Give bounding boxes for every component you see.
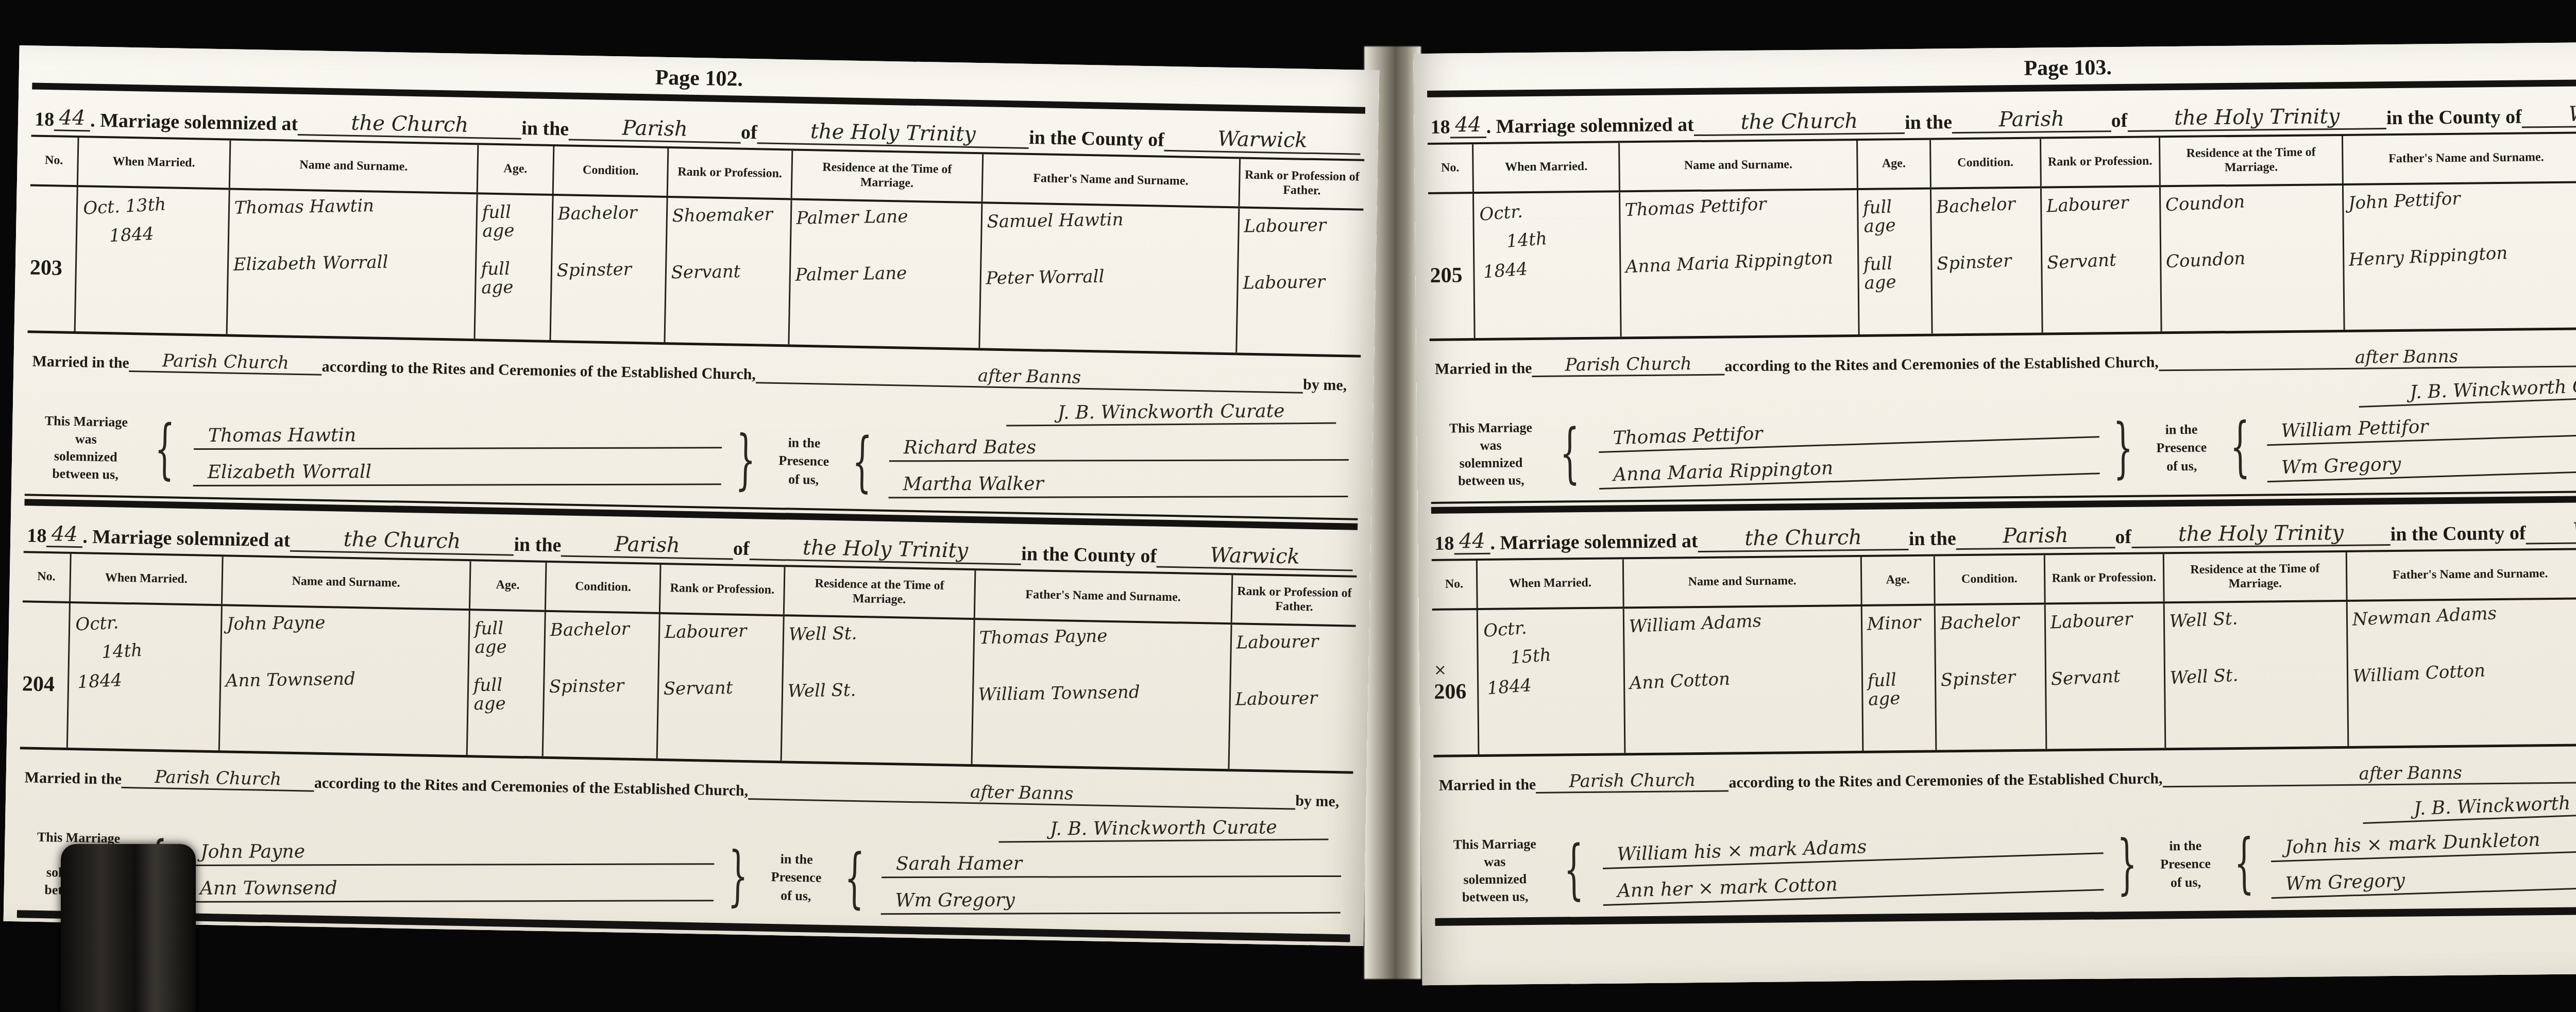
record-number-cell: 205 [1428, 194, 1476, 339]
presence-label-line: in the [766, 433, 843, 453]
presence-left-brace: } [2113, 420, 2133, 476]
name-cell: William Adams Ann Cotton [1624, 606, 1864, 753]
bride-signature: Ann Townsend [185, 876, 714, 903]
when-married-line1: Octr. [1479, 194, 1615, 226]
bride-signature: Anna Maria Rippington [1599, 449, 2100, 490]
witness-signatures: William Pettifor Wm Gregory [2259, 404, 2576, 485]
groom-residence: Palmer Lane [796, 207, 975, 266]
witness-signatures: Sarah Hamer Wm Gregory [873, 840, 1343, 926]
bride-age: full age [1863, 254, 1926, 313]
record-number: 204 [22, 671, 63, 697]
left-brace: { [1560, 426, 1580, 481]
residence-cell: Well St. Well St. [2164, 602, 2349, 748]
groom-name: Thomas Hawtin [234, 195, 471, 256]
witness-signature-2: Wm Gregory [881, 888, 1341, 914]
residence-cell: Well St. Well St. [782, 616, 975, 764]
residence-cell: Coundon Coundon [2161, 185, 2345, 331]
age-cell: full age full age [467, 611, 546, 756]
page-clamp [61, 844, 196, 1012]
solemnized-label-line: was [1435, 853, 1554, 871]
groom-age: full age [474, 619, 539, 677]
column-header-no: No. [1432, 561, 1478, 609]
rank-cell: Labourer Servant [2045, 603, 2166, 749]
year-printed: 18 [1431, 116, 1450, 139]
record-row: 205 Octr. 14th 1844 Thomas Pettifor Anna… [1428, 182, 2576, 339]
father-rank-cell: Labourer Labourer [1237, 208, 1364, 355]
bride-father-rank: Labourer [1235, 689, 1349, 748]
age-cell: Minor full age [1862, 606, 1937, 751]
column-header-condition: Condition. [1931, 139, 2042, 188]
bride-rank: Servant [2046, 249, 2156, 311]
year-handwritten: 44 [54, 106, 91, 131]
bride-residence: Well St. [787, 680, 967, 739]
solemnized-label-line: solemnized [1436, 870, 1554, 889]
column-header-no: No. [1428, 144, 1474, 192]
groom-father-rank: Labourer [1236, 632, 1350, 691]
bride-rank: Servant [671, 262, 784, 321]
head-of-label: of [740, 121, 757, 144]
bride-condition: Spinster [549, 677, 653, 735]
record-row: 203 Oct. 13th 1844 Thomas Hawtin Elizabe… [28, 186, 1364, 355]
groom-signature: John Payne [187, 840, 715, 866]
presence-label-line: in the [2143, 420, 2220, 440]
column-header-age: Age. [1858, 140, 1931, 188]
witness-signature-1: John his × mark Dunkleton [2270, 824, 2576, 862]
record-margin-mark [30, 237, 71, 256]
groom-age: full age [482, 203, 547, 260]
by-me-label: by me, [1303, 376, 1347, 395]
left-brace: { [1564, 842, 1584, 898]
presence-label-line: Presence [765, 451, 843, 471]
column-header-residence: Residence at the Time of Marriage. [2160, 136, 2344, 185]
groom-father-name: Samuel Hawtin [987, 209, 1233, 270]
age-cell: full age full age [1858, 190, 1933, 334]
bride-condition: Spinster [1936, 251, 2037, 312]
groom-father-name: Newman Adams [2352, 601, 2576, 668]
record-number-cell: × 206 [1432, 610, 1480, 755]
column-header-no: No. [30, 137, 79, 185]
column-header-rank: Rank or Profession. [668, 148, 793, 198]
column-header-rank: Rank or Profession. [2041, 138, 2161, 186]
bride-father-name: Peter Worrall [986, 266, 1232, 327]
father-name-cell: Thomas Payne William Townsend [972, 620, 1232, 769]
church-handwritten: the Church [1698, 525, 1909, 552]
record-margin-mark [23, 653, 63, 672]
column-header-condition: Condition. [1935, 555, 2046, 604]
married-place-handwritten: Parish Church [122, 766, 315, 792]
banns-handwritten: after Banns [2162, 761, 2576, 787]
column-header-father: Father's Name and Surname. [982, 154, 1241, 206]
solemnized-label: This Marriage was solemnized between us, [1435, 835, 1554, 906]
column-header-residence: Residence at the Time of Marriage. [785, 567, 976, 618]
presence-label-line: Presence [757, 868, 835, 887]
married-in-label: Married in the [24, 769, 122, 788]
married-in-label: Married in the [32, 353, 129, 372]
groom-rank: Labourer [2046, 193, 2156, 254]
when-married-line2: 15th [1483, 639, 1619, 670]
groom-rank: Labourer [665, 622, 777, 681]
year-printed: 18 [1434, 532, 1454, 555]
witness-signature-2: Wm Gregory [2270, 861, 2576, 899]
record-number: 206 [1434, 679, 1472, 704]
groom-residence: Coundon [2165, 189, 2338, 253]
bride-residence: Palmer Lane [795, 263, 974, 323]
groom-signature: Thomas Hawtin [194, 424, 722, 450]
record-number-cell: 204 [20, 602, 71, 748]
record-margin-mark [1430, 244, 1468, 263]
head-of-label: of [733, 537, 750, 561]
bride-name: Ann Cotton [1629, 665, 1858, 731]
column-header-when-married: When Married. [1478, 559, 1624, 608]
name-cell: Thomas Pettifor Anna Maria Rippington [1620, 190, 1860, 336]
parish-handwritten: Parish [561, 531, 734, 560]
rank-cell: Labourer Servant [2042, 187, 2162, 332]
groom-signature: William his × mark Adams [1602, 829, 2104, 869]
parish-handwritten: Parish [569, 115, 741, 144]
witness-signature-2: Wm Gregory [2266, 444, 2576, 482]
solemnized-label-line: between us, [1432, 471, 1550, 490]
column-header-father-rank: Rank or Profession of Father. [1240, 159, 1364, 208]
couple-signatures: William his × mark Adams Ann her × mark … [1593, 826, 2108, 908]
married-in-label: Married in the [1435, 360, 1532, 378]
bride-condition: Spinster [556, 260, 660, 318]
solemnized-label-line: solemnized [26, 447, 145, 466]
banns-handwritten: after Banns [2158, 344, 2576, 371]
father-name-cell: Samuel Hawtin Peter Worrall [980, 204, 1240, 352]
record-row: × 206 Octr. 15th 1844 William Adams Ann … [1432, 598, 2576, 755]
head-solemnized-label: . Marriage solemnized at [1490, 530, 1698, 554]
witness-signatures: John his × mark Dunkleton Wm Gregory [2263, 820, 2576, 902]
column-header-no: No. [23, 553, 72, 601]
bride-name: Ann Townsend [225, 668, 462, 729]
when-married-cell: Octr. 14th 1844 [1474, 192, 1621, 338]
parish-name-handwritten: the Holy Trinity [2127, 104, 2386, 132]
groom-condition: Bachelor [1940, 611, 2040, 671]
witness-signatures: Richard Bates Martha Walker [881, 424, 1351, 510]
year-printed: 18 [35, 108, 55, 131]
condition-cell: Bachelor Spinster [1931, 189, 2043, 334]
signatures-block: This Marriage was solemnized between us,… [1430, 400, 2576, 502]
by-me-label: by me, [1295, 792, 1340, 811]
solemnized-label: This Marriage was solemnized between us, [1431, 419, 1550, 490]
column-header-rank: Rank or Profession. [2045, 554, 2164, 602]
record-number: 203 [29, 255, 70, 280]
year-handwritten: 44 [46, 522, 83, 548]
head-solemnized-label: . Marriage solemnized at [82, 525, 291, 551]
condition-cell: Bachelor Spinster [544, 612, 660, 758]
banns-handwritten: after Banns [748, 778, 1296, 809]
officiant-signature: J. B. Winckworth Curate [998, 816, 1328, 842]
column-header-residence: Residence at the Time of Marriage. [2164, 552, 2347, 601]
groom-condition: Bachelor [1936, 194, 2036, 255]
witness-signature-2: Martha Walker [889, 473, 1348, 498]
presence-label-line: of us, [765, 469, 842, 489]
presence-left-brace: } [735, 432, 756, 488]
head-county-label: in the County of [2386, 106, 2522, 130]
bride-age: full age [473, 676, 538, 733]
bride-rank: Servant [664, 678, 776, 737]
when-married-line3: 1844 [74, 665, 215, 693]
column-header-residence: Residence at the Time of Marriage. [792, 151, 983, 202]
groom-age: full age [1862, 197, 1926, 256]
father-name-cell: Newman Adams William Cotton [2348, 599, 2576, 746]
bride-father-name: Henry Rippington [2348, 241, 2576, 308]
column-header-age: Age. [470, 561, 547, 610]
head-county-label: in the County of [1029, 126, 1165, 151]
head-county-label: in the County of [2391, 522, 2526, 546]
groom-residence: Well St. [788, 623, 968, 683]
county-handwritten: Warwick [2522, 101, 2576, 128]
solemnized-label-line: solemnized [1432, 454, 1550, 473]
when-married-cell: Octr. 15th 1844 [1478, 609, 1625, 754]
right-page-sections: 18 44 . Marriage solemnized at the Churc… [1414, 78, 2576, 926]
rites-label: according to the Rites and Ceremonies of… [314, 774, 749, 800]
column-header-condition: Condition. [546, 563, 662, 612]
column-header-age: Age. [478, 145, 554, 194]
solemnized-label: This Marriage was solemnized between us, [26, 412, 145, 484]
county-handwritten: Warwick [1157, 543, 1353, 571]
head-in-the-label: in the [1909, 527, 1956, 550]
year-printed: 18 [27, 524, 47, 547]
record-number-cell: 203 [28, 186, 78, 331]
marriage-register-section: 18 44 . Marriage solemnized at the Churc… [1431, 495, 2576, 926]
when-married-cell: Oct. 13th 1844 [76, 187, 230, 334]
groom-name: John Payne [226, 612, 463, 672]
when-married-line3: 1844 [1480, 251, 1615, 283]
when-married-line1: Oct. 13th [82, 191, 223, 219]
father-rank-cell: Labourer Labourer [1229, 625, 1356, 771]
married-in-label: Married in the [1439, 776, 1536, 795]
when-married-line1: Octr. [75, 608, 216, 635]
groom-father-name: Thomas Payne [979, 625, 1225, 686]
column-header-when-married: When Married. [78, 138, 231, 188]
column-header-when-married: When Married. [1474, 143, 1620, 192]
condition-cell: Bachelor Spinster [1936, 605, 2047, 750]
bride-signature: Ann her × mark Cotton [1603, 866, 2104, 906]
solemnized-label-line: was [27, 430, 146, 449]
presence-label: in the Presence of us, [757, 850, 836, 905]
presence-label-line: of us, [2147, 873, 2224, 892]
bride-name: Elizabeth Worrall [233, 252, 470, 313]
parish-handwritten: Parish [1952, 107, 2111, 133]
presence-label-line: of us, [757, 886, 835, 905]
presence-right-brace: { [852, 434, 872, 490]
column-header-name-surname: Name and Surname. [230, 141, 479, 193]
groom-residence: Well St. [2169, 605, 2343, 669]
presence-right-brace: { [2234, 836, 2254, 891]
head-solemnized-label: . Marriage solemnized at [1486, 113, 1694, 138]
presence-label-line: in the [2147, 837, 2224, 856]
when-married-line3 [82, 249, 222, 256]
signatures-block: This Marriage was solemnized between us,… [1434, 816, 2576, 918]
rites-label: according to the Rites and Ceremonies of… [1728, 770, 2163, 791]
column-header-when-married: When Married. [71, 554, 223, 604]
residence-cell: Palmer Lane Palmer Lane [789, 200, 982, 348]
bride-name: Anna Maria Rippington [1625, 248, 1854, 315]
bride-age: full age [1867, 670, 1930, 729]
witness-signature-1: Sarah Hamer [882, 852, 1341, 878]
bride-residence: Coundon [2165, 245, 2339, 310]
presence-label: in the Presence of us, [2143, 420, 2221, 476]
bride-age: full age [481, 259, 546, 317]
groom-rank: Shoemaker [672, 206, 785, 264]
groom-condition: Bachelor [550, 620, 654, 678]
solemnized-label-line: was [1432, 436, 1550, 455]
bride-father-rank: Labourer [1243, 273, 1357, 331]
rank-cell: Labourer Servant [658, 614, 785, 761]
rites-label: according to the Rites and Ceremonies of… [321, 358, 756, 383]
left-page-sheet: Page 102. 18 44 . Marriage solemnized at… [4, 45, 1380, 946]
column-header-name-surname: Name and Surname. [1620, 141, 1858, 190]
marriage-register-section: 18 44 . Marriage solemnized at the Churc… [17, 499, 1358, 942]
county-handwritten: Warwick [1164, 126, 1361, 155]
when-married-line1: Octr. [1483, 610, 1618, 642]
age-cell: full age full age [475, 194, 553, 340]
column-header-father: Father's Name and Surname. [975, 570, 1233, 622]
solemnized-label-line: between us, [1436, 887, 1554, 906]
rank-cell: Shoemaker Servant [666, 198, 792, 344]
county-handwritten: Warwick [2526, 517, 2576, 544]
couple-signatures: Thomas Pettifor Anna Maria Rippington [1589, 410, 2104, 492]
married-place-handwritten: Parish Church [1536, 769, 1728, 794]
rites-label: according to the Rites and Ceremonies of… [1724, 353, 2159, 375]
column-header-age: Age. [1862, 556, 1936, 604]
column-header-father-rank: Rank or Profession of Father. [1232, 575, 1357, 625]
head-of-label: of [2111, 109, 2127, 132]
name-cell: John Payne Ann Townsend [220, 606, 470, 755]
record-margin-mark: × [1434, 661, 1472, 680]
column-header-condition: Condition. [554, 146, 669, 196]
church-handwritten: the Church [1694, 109, 1905, 136]
record-row: 204 Octr. 14th 1844 John Payne Ann Towns… [20, 602, 1356, 771]
banns-handwritten: after Banns [756, 361, 1303, 393]
parish-handwritten: Parish [1956, 523, 2115, 550]
column-header-rank: Rank or Profession. [660, 565, 785, 614]
condition-cell: Bachelor Spinster [551, 196, 668, 342]
name-cell: Thomas Hawtin Elizabeth Worrall [227, 190, 478, 339]
column-header-name-surname: Name and Surname. [1624, 557, 1862, 606]
column-header-father: Father's Name and Surname. [2347, 550, 2576, 600]
when-married-line2: 14th [75, 636, 215, 664]
witness-signature-1: Richard Bates [889, 436, 1349, 462]
bride-signature: Elizabeth Worrall [193, 460, 721, 486]
presence-right-brace: { [2230, 419, 2250, 475]
head-of-label: of [2115, 526, 2131, 548]
year-handwritten: 44 [1454, 529, 1490, 555]
head-in-the-label: in the [1905, 111, 1952, 134]
groom-age: Minor [1867, 613, 1930, 672]
couple-signatures: Thomas Hawtin Elizabeth Worrall [183, 411, 726, 498]
couple-signatures: John Payne Ann Townsend [176, 828, 719, 915]
groom-father-name: John Pettifor [2348, 184, 2576, 251]
presence-label-line: Presence [2147, 855, 2224, 874]
head-in-the-label: in the [521, 117, 569, 141]
column-header-father: Father's Name and Surname. [2343, 133, 2576, 183]
church-handwritten: the Church [290, 527, 514, 556]
married-place-handwritten: Parish Church [1532, 353, 1724, 377]
head-in-the-label: in the [514, 533, 562, 557]
record-number: 205 [1430, 263, 1468, 288]
marriage-register-section: 18 44 . Marriage solemnized at the Churc… [25, 82, 1365, 520]
left-brace: { [155, 421, 175, 477]
presence-left-brace: } [2117, 837, 2137, 892]
column-header-name-surname: Name and Surname. [223, 556, 471, 609]
when-married-cell: Octr. 14th 1844 [68, 603, 223, 750]
bride-father-name: William Cotton [2352, 657, 2576, 724]
bride-residence: Well St. [2170, 662, 2343, 726]
bride-rank: Servant [2050, 666, 2160, 727]
when-married-line2: 14th [1479, 223, 1615, 254]
officiant-signature: J. B. Winckworth Curate [1006, 400, 1336, 427]
right-page-sheet: Page 103. 18 44 . Marriage solemnized at… [1413, 41, 2576, 985]
groom-name: William Adams [1629, 608, 1857, 674]
witness-signature-1: William Pettifor [2266, 408, 2576, 446]
parish-name-handwritten: the Holy Trinity [749, 535, 1022, 565]
presence-label-line: Presence [2143, 438, 2220, 458]
presence-label-line: of us, [2143, 457, 2221, 476]
head-county-label: in the County of [1021, 543, 1157, 568]
left-page-sections: 18 44 . Marriage solemnized at the Churc… [4, 82, 1379, 942]
married-place-handwritten: Parish Church [129, 350, 323, 376]
solemnized-label-line: This Marriage [27, 412, 146, 432]
presence-label: in the Presence of us, [2147, 837, 2225, 892]
father-name-cell: John Pettifor Henry Rippington [2344, 183, 2576, 330]
parish-name-handwritten: the Holy Trinity [2131, 520, 2391, 548]
solemnized-label-line: This Marriage [1435, 835, 1554, 854]
solemnized-label-line: between us, [26, 464, 145, 484]
marriage-register-section: 18 44 . Marriage solemnized at the Churc… [1427, 78, 2576, 504]
groom-father-rank: Labourer [1244, 216, 1358, 275]
church-handwritten: the Church [298, 110, 522, 140]
bride-father-name: William Townsend [978, 682, 1224, 743]
presence-left-brace: } [727, 849, 748, 904]
year-handwritten: 44 [1450, 113, 1486, 139]
head-solemnized-label: . Marriage solemnized at [90, 109, 298, 135]
bride-condition: Spinster [1940, 667, 2041, 728]
presence-label: in the Presence of us, [765, 433, 843, 489]
groom-condition: Bachelor [557, 204, 661, 262]
groom-rank: Labourer [2050, 609, 2160, 670]
solemnized-label-line: This Marriage [1431, 419, 1550, 437]
presence-label-line: in the [758, 850, 836, 869]
parish-name-handwritten: the Holy Trinity [757, 119, 1029, 149]
presence-right-brace: { [844, 851, 865, 906]
groom-signature: Thomas Pettifor [1598, 413, 2099, 453]
when-married-line2: 1844 [82, 220, 223, 248]
when-married-line3: 1844 [1483, 668, 1619, 699]
